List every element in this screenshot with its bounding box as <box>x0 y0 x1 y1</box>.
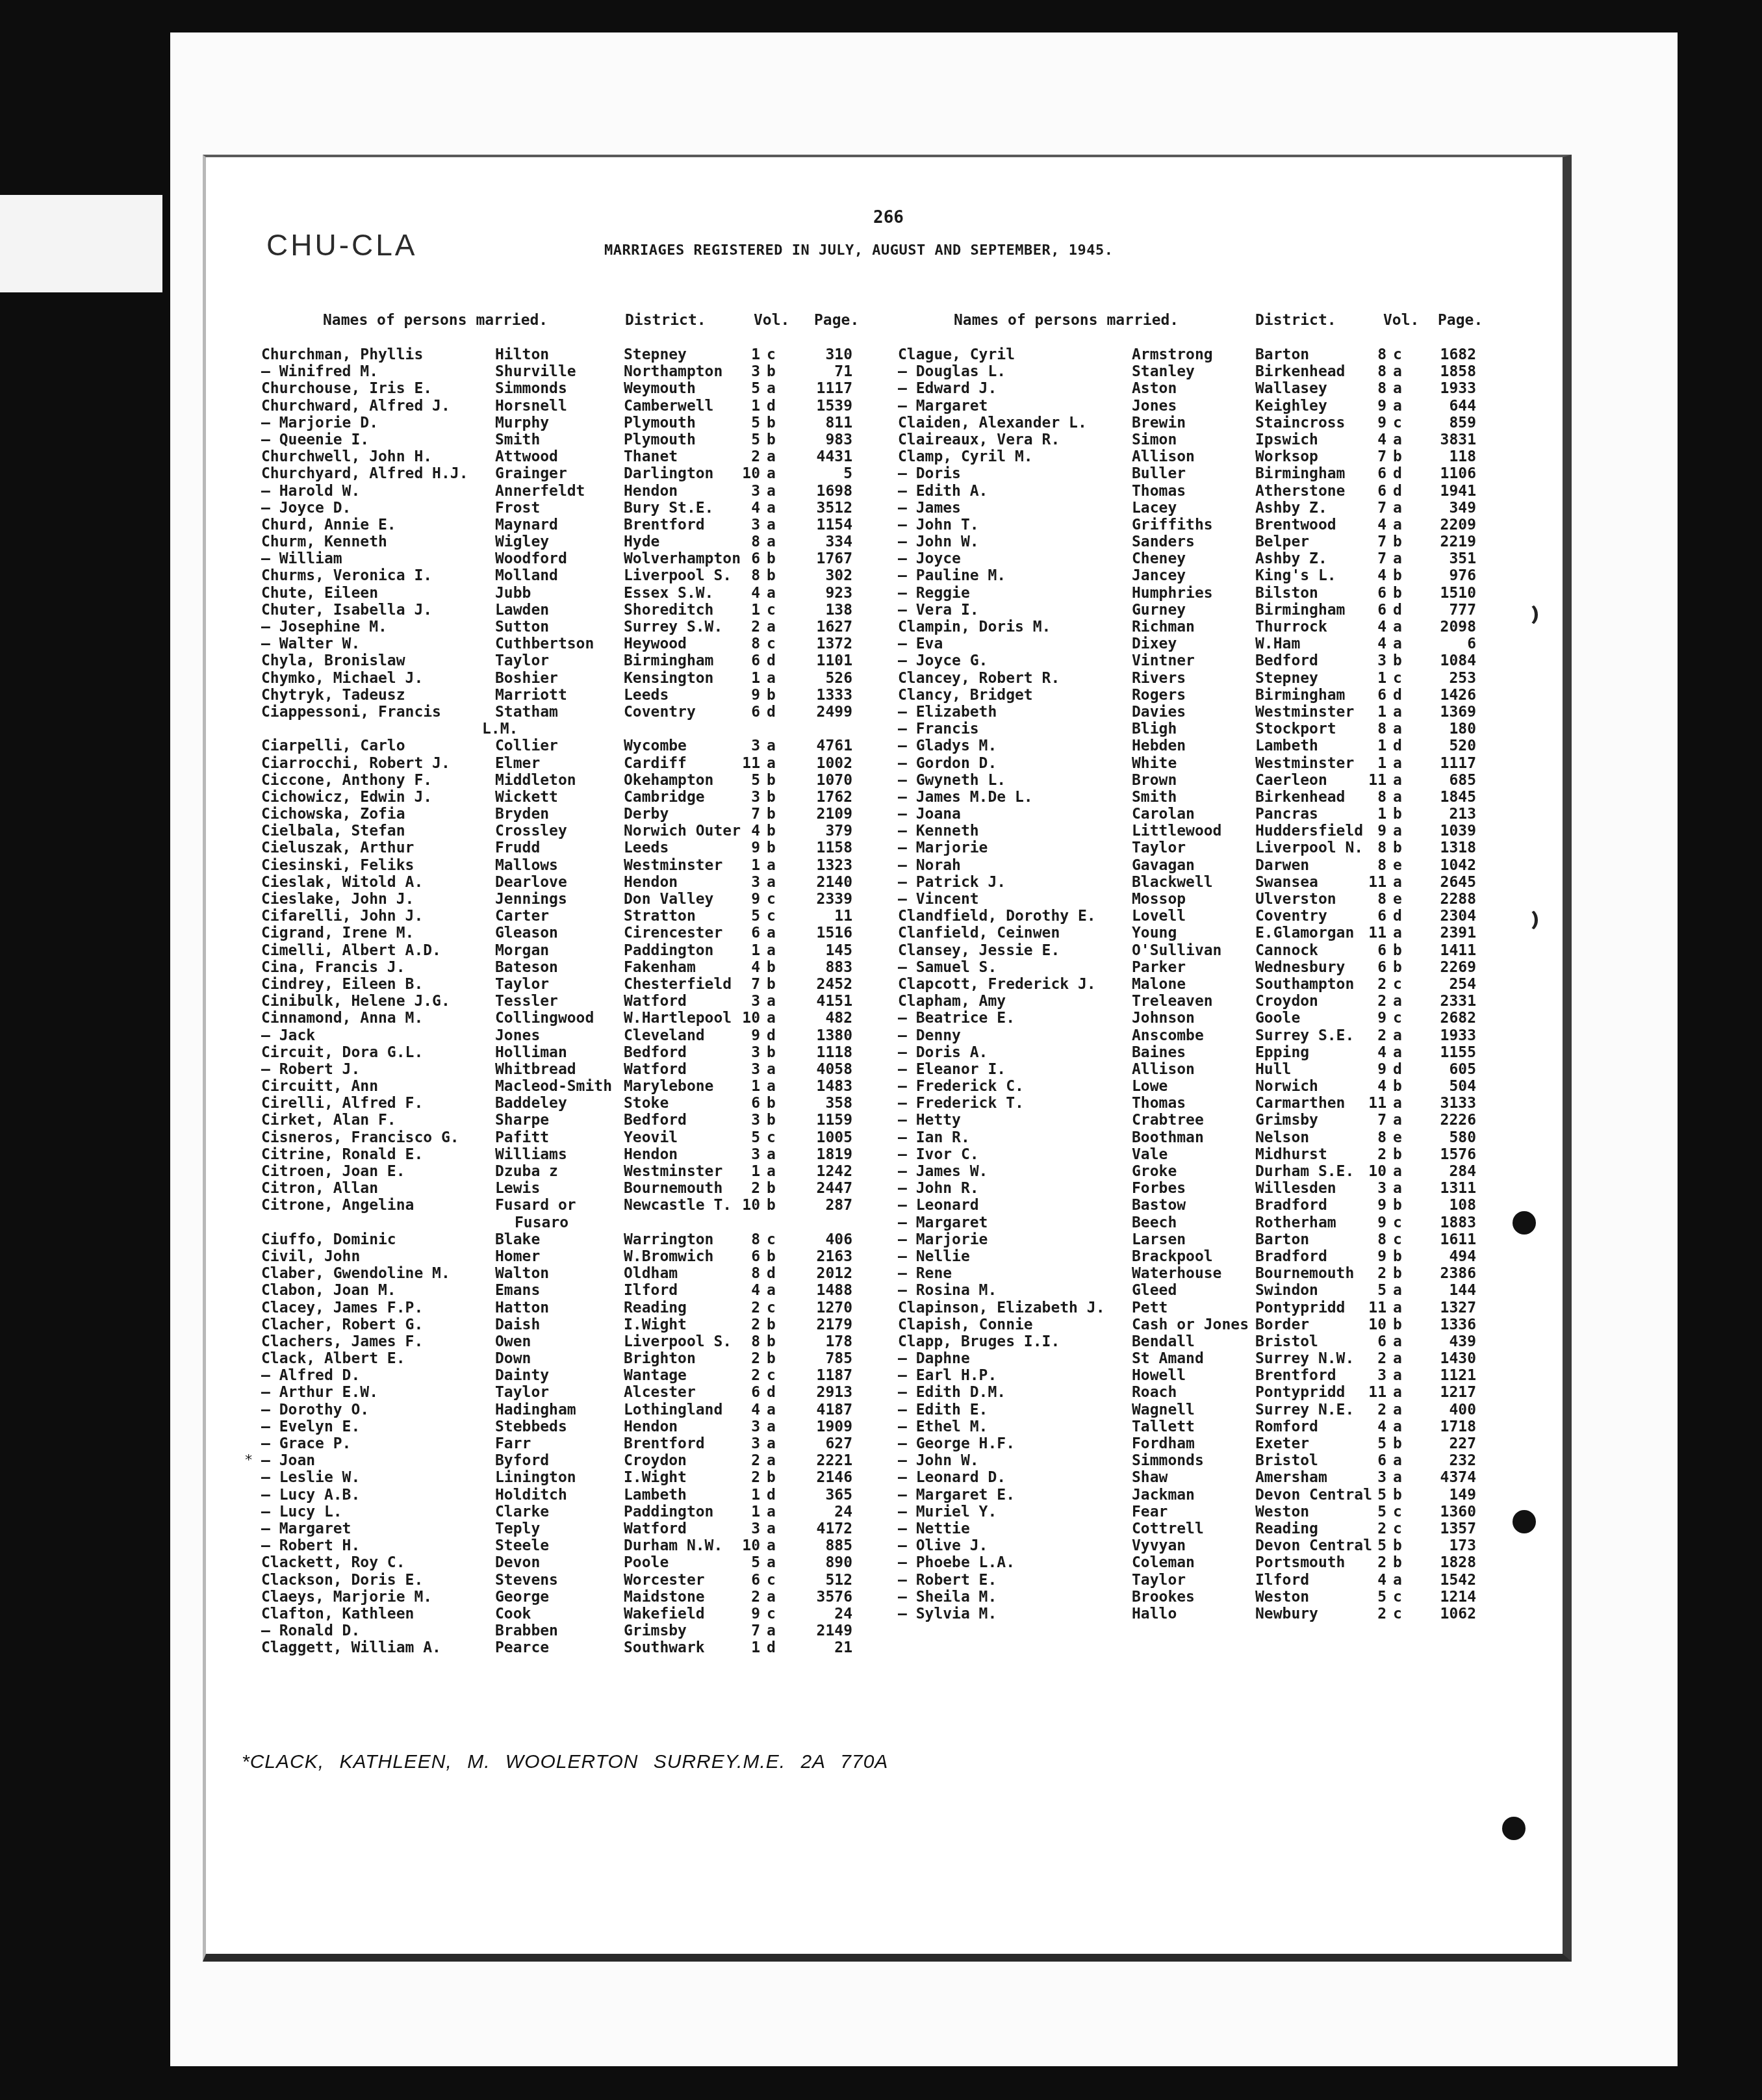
entry-volume-section: a <box>767 1061 780 1078</box>
entry-page: 11 <box>800 908 852 925</box>
entry-name: — James M.De L. <box>898 789 1033 806</box>
entry-name: — Norah <box>898 857 961 874</box>
entry-volume-section: b <box>1393 806 1406 823</box>
entry-page: 149 <box>1424 1487 1476 1504</box>
entry-name: — Denny <box>898 1027 961 1044</box>
entry-volume: 9 <box>1360 398 1386 415</box>
entry-volume-section: b <box>767 1469 780 1486</box>
entry-district: Southampton <box>1255 976 1354 993</box>
entry-name: — Winifred M. <box>261 363 378 380</box>
entry-volume: 6 <box>1360 1452 1386 1469</box>
entry-volume: 4 <box>1360 1078 1386 1095</box>
entry-spouse-surname: Jones <box>495 1027 540 1044</box>
entry-page: 1357 <box>1424 1520 1476 1537</box>
entry-district: Staincross <box>1255 415 1345 431</box>
entry-spouse-surname: Dzuba z <box>495 1163 558 1180</box>
entry-spouse-surname: Vintner <box>1132 652 1195 669</box>
entry-volume: 10 <box>734 1010 760 1027</box>
col-header-names-right: Names of persons married. <box>954 312 1179 329</box>
entry-district: Worcester <box>624 1572 705 1589</box>
entry-name: — Phoebe L.A. <box>898 1554 1015 1571</box>
entry-page: 1158 <box>800 839 852 856</box>
entry-spouse-surname: Stebbeds <box>495 1418 567 1435</box>
entry-volume: 6 <box>734 704 760 721</box>
entry-spouse-surname: Gleason <box>495 925 558 941</box>
entry-page: 494 <box>1424 1248 1476 1265</box>
entry-spouse-surname: Lovell <box>1132 908 1186 925</box>
entry-district: Devon Central <box>1255 1537 1372 1554</box>
entry-name: — Gwyneth L. <box>898 772 1006 789</box>
entry-district: Belper <box>1255 533 1309 550</box>
entry-name: — Robert J. <box>261 1061 360 1078</box>
entry-spouse-surname: Davies <box>1132 704 1186 721</box>
entry-volume: 2 <box>734 1350 760 1367</box>
entry-spouse-surname: Woodford <box>495 550 567 567</box>
entry-page: 2391 <box>1424 925 1476 941</box>
entry-spouse-surname: Hebden <box>1132 737 1186 754</box>
entry-volume-section: d <box>767 704 780 721</box>
entry-spouse-surname: Smith <box>1132 789 1177 806</box>
entry-district: Leeds <box>624 687 669 704</box>
entry-page: 349 <box>1424 500 1476 517</box>
entry-page: 1118 <box>800 1044 852 1061</box>
entry-spouse-surname: Crabtree <box>1132 1112 1204 1129</box>
entry-district: Epping <box>1255 1044 1309 1061</box>
entry-volume: 4 <box>1360 431 1386 448</box>
entry-spouse-surname: Bateson <box>495 959 558 976</box>
entry-name: Citrone, Angelina <box>261 1197 414 1214</box>
entry-spouse-surname: Jackman <box>1132 1487 1195 1504</box>
entry-volume: 8 <box>1360 380 1386 397</box>
entry-district: Reading <box>1255 1520 1318 1537</box>
entry-volume: 8 <box>1360 857 1386 874</box>
entry-volume-section: a <box>767 925 780 941</box>
entry-district: Grimsby <box>1255 1112 1318 1129</box>
entry-volume: 5 <box>1360 1282 1386 1299</box>
entry-name: Clansey, Jessie E. <box>898 942 1060 959</box>
entry-page: 2226 <box>1424 1112 1476 1129</box>
entry-spouse-surname: Jennings <box>495 891 567 908</box>
entry-page: 1430 <box>1424 1350 1476 1367</box>
entry-district: Bournemouth <box>624 1180 722 1197</box>
entry-district: Birmingham <box>1255 465 1345 482</box>
entry-volume-section: c <box>1393 670 1406 687</box>
entry-volume-section: a <box>767 755 780 772</box>
entry-name: Chymko, Michael J. <box>261 670 423 687</box>
entry-name: Citron, Allan <box>261 1180 378 1197</box>
entry-page: 4374 <box>1424 1469 1476 1486</box>
entry-name: Cinibulk, Helene J.G. <box>261 993 450 1010</box>
entry-district: Caerleon <box>1255 772 1327 789</box>
entry-spouse-surname: Carolan <box>1132 806 1195 823</box>
entry-page: 2163 <box>800 1248 852 1265</box>
entry-volume-section: b <box>1393 1265 1406 1282</box>
entry-district: Wallasey <box>1255 380 1327 397</box>
entry-page: 1155 <box>1424 1044 1476 1061</box>
entry-volume-section: a <box>1393 1095 1406 1112</box>
entry-volume: 2 <box>734 1316 760 1333</box>
entry-volume-section: a <box>1393 1112 1406 1129</box>
entry-district: Lambeth <box>1255 737 1318 754</box>
entry-volume-section: d <box>1393 465 1406 482</box>
entry-page: 180 <box>1424 721 1476 737</box>
punch-hole <box>1513 1510 1536 1533</box>
entry-volume: 3 <box>734 363 760 380</box>
entry-volume: 1 <box>734 857 760 874</box>
entry-volume: 9 <box>1360 1197 1386 1214</box>
entry-volume: 2 <box>734 1452 760 1469</box>
entry-name: — Gladys M. <box>898 737 997 754</box>
entry-volume: 6 <box>734 1572 760 1589</box>
entry-spouse-surname: Whitbread <box>495 1061 576 1078</box>
entry-name: Clackett, Roy C. <box>261 1554 405 1571</box>
entry-page: 1327 <box>1424 1300 1476 1316</box>
entry-spouse-surname: Bligh <box>1132 721 1177 737</box>
entry-page: 3133 <box>1424 1095 1476 1112</box>
entry-spouse-surname: Howell <box>1132 1367 1186 1384</box>
entry-name: — Francis <box>898 721 979 737</box>
entry-volume: 10 <box>734 1197 760 1214</box>
entry-volume-section: b <box>1393 1146 1406 1163</box>
entry-district: Devon Central <box>1255 1487 1372 1504</box>
entry-spouse-surname: Fusaro <box>515 1214 568 1231</box>
entry-name: Clague, Cyril <box>898 346 1015 363</box>
entry-district: Bradford <box>1255 1248 1327 1265</box>
entry-spouse-surname: Brewin <box>1132 415 1186 431</box>
entry-district: Goole <box>1255 1010 1300 1027</box>
entry-volume-section: a <box>1393 925 1406 941</box>
entry-district: Cannock <box>1255 942 1318 959</box>
entry-name: — Leslie W. <box>261 1469 360 1486</box>
entry-district: Lothingland <box>624 1402 722 1418</box>
entry-spouse-surname: Brookes <box>1132 1589 1195 1606</box>
entry-page: 2219 <box>1424 533 1476 550</box>
entry-page: 2221 <box>800 1452 852 1469</box>
entry-page: 4058 <box>800 1061 852 1078</box>
entry-volume-section: a <box>767 874 780 891</box>
entry-volume-section: a <box>767 1282 780 1299</box>
entry-page: 1819 <box>800 1146 852 1163</box>
entry-district: Midhurst <box>1255 1146 1327 1163</box>
entry-volume: 11 <box>1360 1300 1386 1316</box>
entry-page: 227 <box>1424 1435 1476 1452</box>
entry-volume-section: a <box>1393 398 1406 415</box>
entry-name: Ciarpelli, Carlo <box>261 737 405 754</box>
col-header-page-left: Page. <box>814 312 859 329</box>
entry-name: Churchouse, Iris E. <box>261 380 432 397</box>
entry-volume: 8 <box>734 635 760 652</box>
entry-name: — Harold W. <box>261 483 360 500</box>
entry-spouse-surname: Simmonds <box>1132 1452 1204 1469</box>
entry-name: — Samuel S. <box>898 959 997 976</box>
entry-spouse-surname: Teply <box>495 1520 540 1537</box>
entry-spouse-surname: Frudd <box>495 839 540 856</box>
entry-volume-section: a <box>1393 500 1406 517</box>
entry-district: Darwen <box>1255 857 1309 874</box>
entry-district: Bristol <box>1255 1333 1318 1350</box>
entry-district: Watford <box>624 1061 687 1078</box>
entry-page: 2209 <box>1424 517 1476 533</box>
entry-volume-section: b <box>1393 839 1406 856</box>
entry-district: Stockport <box>1255 721 1336 737</box>
entry-volume-section: c <box>1393 1606 1406 1622</box>
entry-district: Bradford <box>1255 1197 1327 1214</box>
entry-name: Churchwell, John H. <box>261 448 432 465</box>
entry-spouse-surname: Owen <box>495 1333 531 1350</box>
entry-district: Stratton <box>624 908 696 925</box>
entry-name: Claireaux, Vera R. <box>898 431 1060 448</box>
entry-spouse-surname: Gurney <box>1132 602 1186 619</box>
entry-name: Chuter, Isabella J. <box>261 602 432 619</box>
entry-volume-section: b <box>767 550 780 567</box>
entry-volume-section: b <box>767 1333 780 1350</box>
entry-spouse-surname: Maynard <box>495 517 558 533</box>
entry-volume-section: b <box>1393 1248 1406 1265</box>
entry-spouse-surname: Lowe <box>1132 1078 1168 1095</box>
entry-volume-section: a <box>767 1010 780 1027</box>
entry-district: Norwich <box>1255 1078 1318 1095</box>
entry-district: Reading <box>624 1300 687 1316</box>
entry-spouse-surname: Aston <box>1132 380 1177 397</box>
entry-name: — Nettie <box>898 1520 970 1537</box>
entry-spouse-surname: Anscombe <box>1132 1027 1204 1044</box>
entry-volume-section: a <box>1393 1367 1406 1384</box>
entry-volume-section: b <box>767 1197 780 1214</box>
entry-name: Clacey, James F.P. <box>261 1300 423 1316</box>
entry-spouse-surname: Parker <box>1132 959 1186 976</box>
entry-name: Chute, Eileen <box>261 585 378 602</box>
entry-district: Wednesbury <box>1255 959 1345 976</box>
entry-volume-section: a <box>1393 1163 1406 1180</box>
entry-district: Ilford <box>1255 1572 1309 1589</box>
entry-volume-section: c <box>767 1300 780 1316</box>
entry-district: Yeovil <box>624 1129 678 1146</box>
entry-volume: 5 <box>734 908 760 925</box>
entry-volume: 4 <box>1360 1418 1386 1435</box>
entry-volume: 6 <box>1360 687 1386 704</box>
entry-spouse-surname: Coleman <box>1132 1554 1195 1571</box>
punch-hole <box>1513 1211 1536 1235</box>
entry-name: Citrine, Ronald E. <box>261 1146 423 1163</box>
entry-volume: 5 <box>1360 1487 1386 1504</box>
entry-name: Cisneros, Francisco G. <box>261 1129 459 1146</box>
entry-district: Ulverston <box>1255 891 1336 908</box>
entry-volume: 9 <box>1360 1214 1386 1231</box>
entry-spouse-surname: Wagnell <box>1132 1402 1195 1418</box>
entry-page: 2288 <box>1424 891 1476 908</box>
entry-volume: 3 <box>1360 652 1386 669</box>
entry-spouse-surname: Boshier <box>495 670 558 687</box>
entry-volume-section: b <box>767 567 780 584</box>
entry-district: Rotherham <box>1255 1214 1336 1231</box>
entry-volume-section: d <box>1393 483 1406 500</box>
entry-district: Brighton <box>624 1350 696 1367</box>
entry-spouse-surname: Cottrell <box>1132 1520 1204 1537</box>
entry-page: 71 <box>800 363 852 380</box>
entry-volume: 1 <box>734 602 760 619</box>
entry-volume: 4 <box>1360 619 1386 635</box>
entry-name: — John W. <box>898 533 979 550</box>
entry-district: Surrey S.W. <box>624 619 722 635</box>
entry-name: Cichowska, Zofia <box>261 806 405 823</box>
entry-page: 3576 <box>800 1589 852 1606</box>
entry-spouse-surname: Thomas <box>1132 483 1186 500</box>
entry-name: — Doris <box>898 465 961 482</box>
entry-volume-section: a <box>767 1537 780 1554</box>
entry-volume-section: a <box>1393 517 1406 533</box>
entry-volume-section: a <box>767 465 780 482</box>
entry-name: — Lucy L. <box>261 1504 342 1520</box>
entry-volume: 3 <box>1360 1469 1386 1486</box>
entry-name: Clackson, Doris E. <box>261 1572 423 1589</box>
entry-volume: 8 <box>1360 363 1386 380</box>
entry-page: 605 <box>1424 1061 1476 1078</box>
entry-name: — Edith E. <box>898 1402 988 1418</box>
entry-page: 644 <box>1424 398 1476 415</box>
entry-district: Lambeth <box>624 1487 687 1504</box>
entry-volume: 1 <box>734 1504 760 1520</box>
entry-name: — John R. <box>898 1180 979 1197</box>
entry-district: Hull <box>1255 1061 1291 1078</box>
entry-district: Pontypridd <box>1255 1300 1345 1316</box>
entry-volume: 1 <box>734 942 760 959</box>
entry-name: — Rene <box>898 1265 952 1282</box>
entry-page: 1682 <box>1424 346 1476 363</box>
entry-volume: 5 <box>734 772 760 789</box>
entry-spouse-surname: Morgan <box>495 942 549 959</box>
entry-volume: 7 <box>734 806 760 823</box>
entry-spouse-surname: Emans <box>495 1282 540 1299</box>
entry-district: Leeds <box>624 839 669 856</box>
entry-volume-section: a <box>767 619 780 635</box>
entry-page: 1333 <box>800 687 852 704</box>
entry-volume: 2 <box>734 1589 760 1606</box>
entry-page: 2331 <box>1424 993 1476 1010</box>
entry-volume-section: e <box>1393 1129 1406 1146</box>
entry-name: — Edith A. <box>898 483 988 500</box>
entry-district: Barton <box>1255 346 1309 363</box>
entry-page: 1187 <box>800 1367 852 1384</box>
entry-volume: 6 <box>1360 1333 1386 1350</box>
entry-page: 1372 <box>800 635 852 652</box>
entry-district: Stepney <box>1255 670 1318 687</box>
col-header-vol-right: Vol. <box>1383 312 1419 329</box>
entry-district: Thurrock <box>1255 619 1327 635</box>
entry-name: Ciesinski, Feliks <box>261 857 414 874</box>
entry-volume: 4 <box>734 585 760 602</box>
entry-volume: 4 <box>734 823 760 839</box>
entry-volume: 9 <box>734 891 760 908</box>
entry-volume: 2 <box>734 448 760 465</box>
entry-name: Clabon, Joan M. <box>261 1282 396 1299</box>
entry-spouse-surname: Griffiths <box>1132 517 1213 533</box>
entry-volume-section: a <box>1393 619 1406 635</box>
entry-page: 859 <box>1424 415 1476 431</box>
entry-volume: 1 <box>1360 670 1386 687</box>
entry-name: L.M. <box>482 721 518 737</box>
entry-volume-section: a <box>767 380 780 397</box>
entry-name: — James W. <box>898 1163 988 1180</box>
entry-volume-section: d <box>767 1265 780 1282</box>
entry-volume: 2 <box>1360 1554 1386 1571</box>
entry-name: Clanfield, Ceinwen <box>898 925 1060 941</box>
entry-district: Wakefield <box>624 1606 705 1622</box>
entry-volume: 10 <box>734 465 760 482</box>
entry-volume-section: b <box>767 806 780 823</box>
entry-volume: 6 <box>734 1384 760 1401</box>
entry-page: 118 <box>1424 448 1476 465</box>
entry-volume-section: b <box>767 1095 780 1112</box>
entry-spouse-surname: Cheney <box>1132 550 1186 567</box>
entry-spouse-surname: Hilton <box>495 346 549 363</box>
entry-district: Westminster <box>624 1163 722 1180</box>
entry-page: 1039 <box>1424 823 1476 839</box>
entry-spouse-surname: Littlewood <box>1132 823 1221 839</box>
entry-spouse-surname: Shurville <box>495 363 576 380</box>
entry-name: Clampin, Doris M. <box>898 619 1051 635</box>
entry-district: Cirencester <box>624 925 722 941</box>
entry-volume: 3 <box>734 483 760 500</box>
entry-name: Claiden, Alexander L. <box>898 415 1087 431</box>
entry-name: Ciccone, Anthony F. <box>261 772 432 789</box>
entry-page: 2149 <box>800 1622 852 1639</box>
entry-volume: 3 <box>1360 1367 1386 1384</box>
entry-spouse-surname: Armstrong <box>1132 346 1213 363</box>
entry-name: Clapp, Bruges I.I. <box>898 1333 1060 1350</box>
entry-name: Clandfield, Dorothy E. <box>898 908 1096 925</box>
entry-volume: 2 <box>734 1300 760 1316</box>
entry-volume: 3 <box>734 1146 760 1163</box>
entry-volume: 3 <box>734 517 760 533</box>
entry-spouse-surname: Brown <box>1132 772 1177 789</box>
entry-page: 1883 <box>1424 1214 1476 1231</box>
entry-name: — Marjorie <box>898 839 988 856</box>
entry-spouse-surname: Statham <box>495 704 558 721</box>
entry-spouse-surname: Vyvyan <box>1132 1537 1186 1554</box>
entry-volume-section: c <box>1393 1214 1406 1231</box>
entry-spouse-surname: Fusard or <box>495 1197 576 1214</box>
entry-name: — Edith D.M. <box>898 1384 1006 1401</box>
entry-name: — Evelyn E. <box>261 1418 360 1435</box>
entry-page: 1159 <box>800 1112 852 1129</box>
entry-spouse-surname: Pafitt <box>495 1129 549 1146</box>
entry-name: — Arthur E.W. <box>261 1384 378 1401</box>
entry-volume: 6 <box>1360 483 1386 500</box>
entry-spouse-surname: Collier <box>495 737 558 754</box>
entry-volume-section: d <box>767 1027 780 1044</box>
entry-name: — Muriel Y. <box>898 1504 997 1520</box>
entry-page: 406 <box>800 1231 852 1248</box>
entry-page: 1516 <box>800 925 852 941</box>
entry-page: 254 <box>1424 976 1476 993</box>
entry-volume: 7 <box>1360 533 1386 550</box>
entry-district: Darlington <box>624 465 713 482</box>
entry-name: Clamp, Cyril M. <box>898 448 1033 465</box>
entry-page: 1909 <box>800 1418 852 1435</box>
entry-district: Hyde <box>624 533 659 550</box>
entry-volume: 7 <box>1360 500 1386 517</box>
entry-name: — Douglas L. <box>898 363 1006 380</box>
entry-page: 512 <box>800 1572 852 1589</box>
entry-spouse-surname: Elmer <box>495 755 540 772</box>
entry-volume-section: b <box>767 789 780 806</box>
entry-district: Cleveland <box>624 1027 705 1044</box>
entry-page: 4431 <box>800 448 852 465</box>
entry-volume: 9 <box>1360 823 1386 839</box>
asterisk-annotation-mark: * <box>244 1452 253 1469</box>
entry-volume: 2 <box>734 1469 760 1486</box>
entry-spouse-surname: Middleton <box>495 772 576 789</box>
